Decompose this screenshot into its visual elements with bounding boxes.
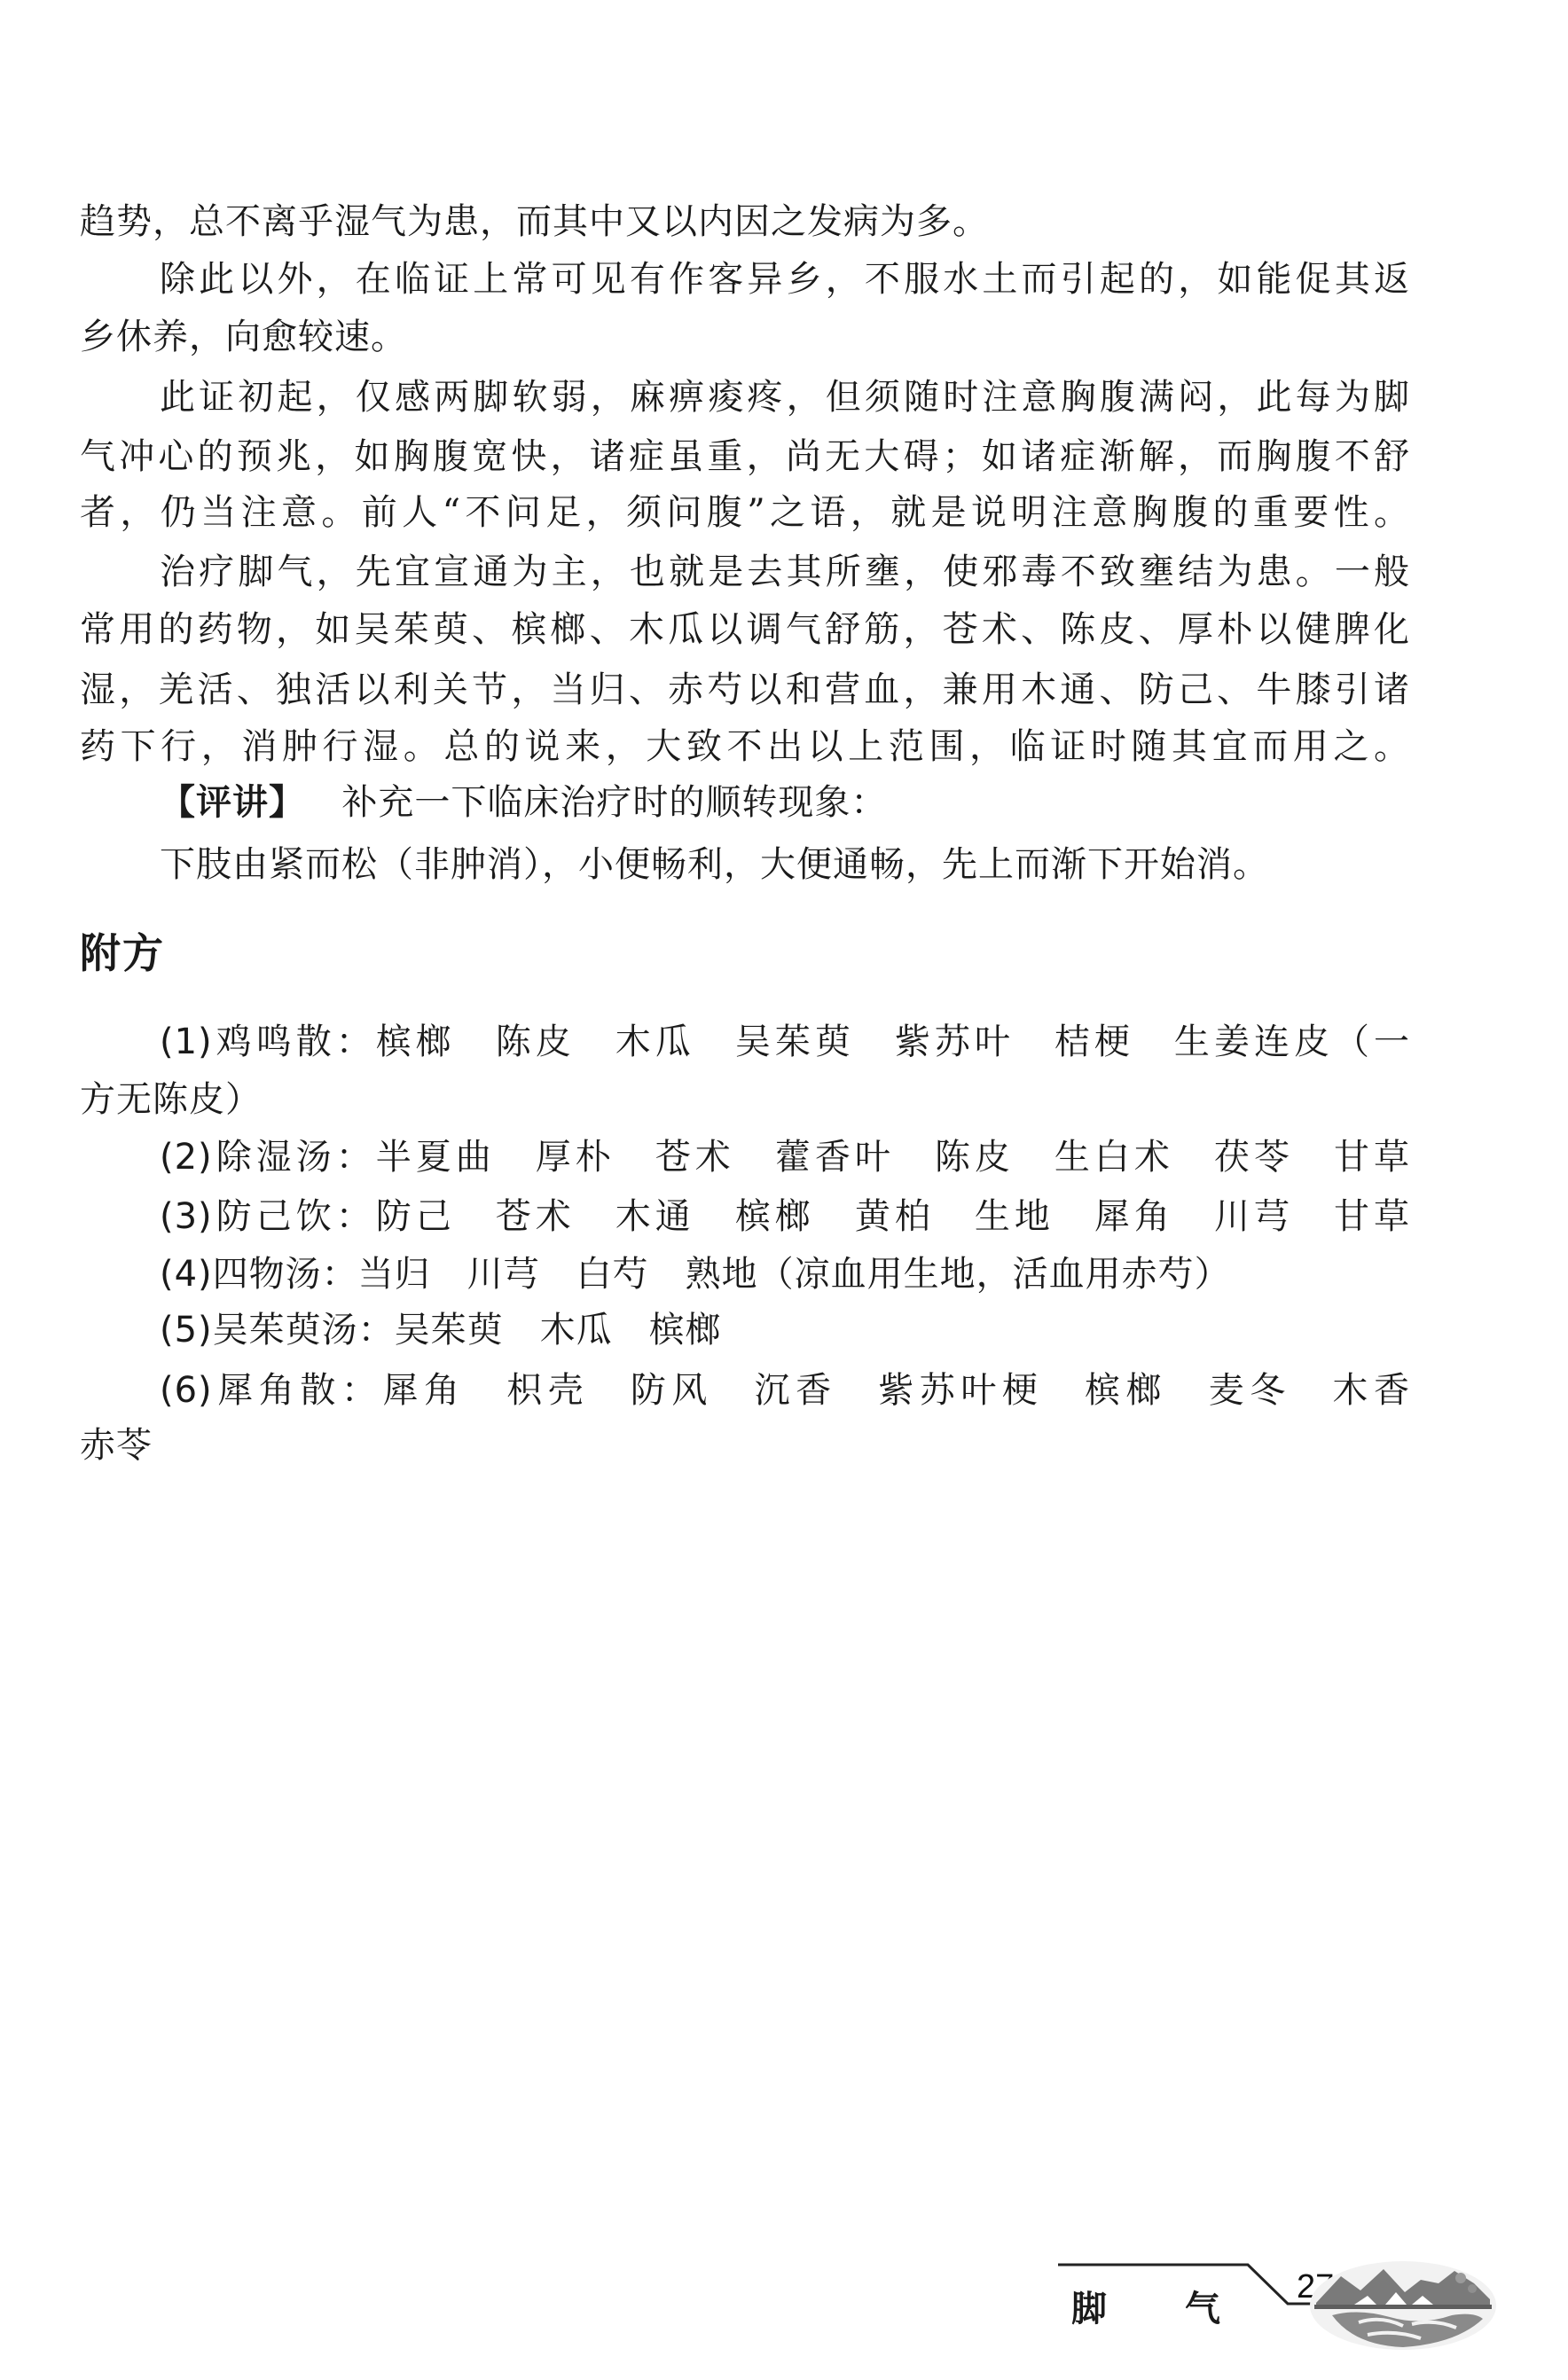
running-footer-title: 脚气 (1071, 2281, 1298, 2331)
running-footer-char: 脚 (1071, 2289, 1185, 2329)
footer-rule-line (0, 0, 1568, 2380)
running-footer-char: 气 (1185, 2289, 1298, 2329)
landscape-ornament-icon (1305, 2257, 1501, 2354)
